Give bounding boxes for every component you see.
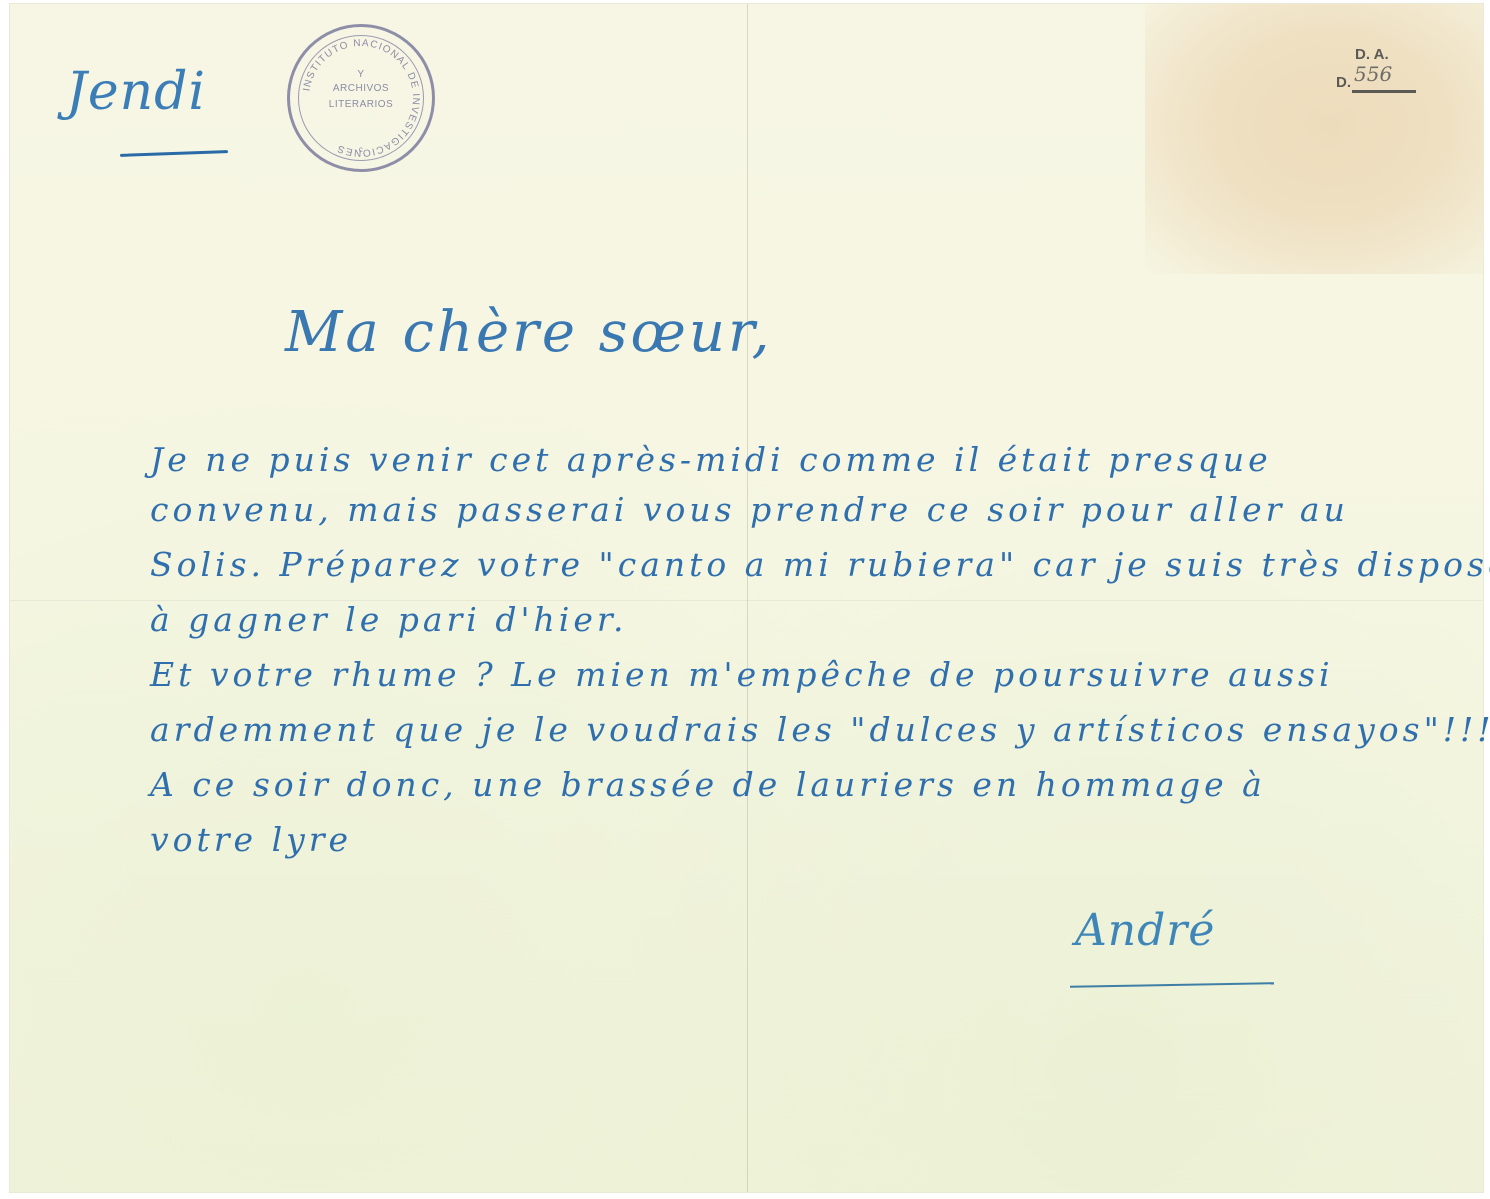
stamp-small-mark: c: [290, 145, 432, 154]
body-line: votre lyre: [150, 820, 352, 859]
catalog-number: 556: [1354, 62, 1392, 86]
body-line: Je ne puis venir cet après-midi comme il…: [150, 440, 1272, 479]
signature: André: [1075, 905, 1215, 956]
body-line: ardemment que je le voudrais les "dulces…: [150, 710, 1490, 749]
stamp-line-y: Y: [290, 69, 432, 80]
catalog-label-d: D.: [1336, 74, 1351, 91]
stamp-line-archivos: ARCHIVOS: [290, 83, 432, 94]
archive-stamp: INSTITUTO NACIONAL DE INVESTIGACIONES Y …: [287, 24, 435, 172]
letter-paper: [10, 4, 1483, 1192]
fold-line-vertical: [747, 4, 748, 1192]
body-line: Solis. Préparez votre "canto a mi rubier…: [150, 545, 1490, 584]
body-line: A ce soir donc, une brassée de lauriers …: [150, 765, 1266, 804]
catalog-underline: [1352, 90, 1416, 93]
paper-stain: [1145, 4, 1483, 274]
catalog-label-da: D. A.: [1355, 46, 1389, 63]
day-heading: Jendi: [66, 62, 206, 122]
body-line: Et votre rhume ? Le mien m'empêche de po…: [150, 655, 1334, 694]
body-line: à gagner le pari d'hier.: [150, 600, 628, 639]
stamp-line-literarios: LITERARIOS: [290, 99, 432, 110]
body-line: convenu, mais passerai vous prendre ce s…: [150, 490, 1349, 529]
svg-text:INSTITUTO NACIONAL DE INVESTIG: INSTITUTO NACIONAL DE INVESTIGACIONES: [301, 38, 421, 158]
salutation: Ma chère sœur,: [285, 300, 772, 365]
